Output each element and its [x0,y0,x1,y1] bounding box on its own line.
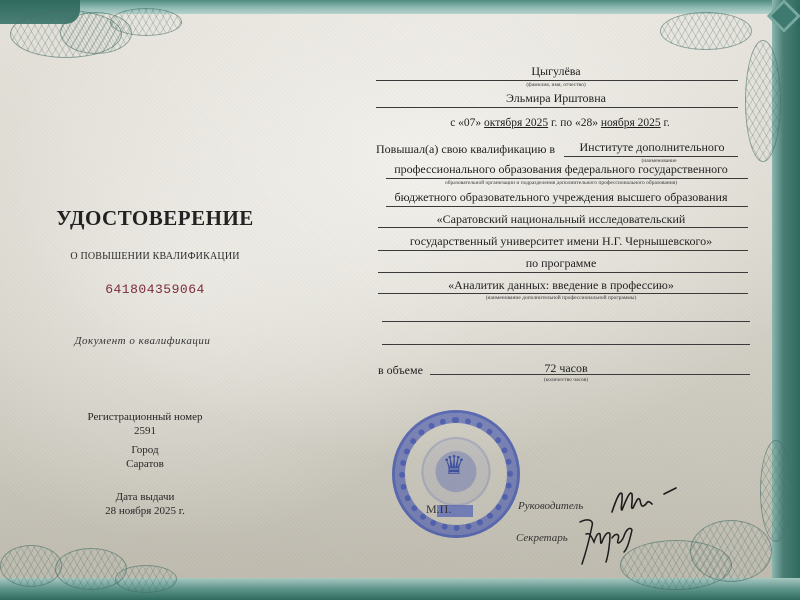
guilloche-ornament [760,440,792,542]
given-names-underline [376,107,738,108]
issue-date-value: 28 ноября 2025 г. [20,504,270,518]
blank-line-2 [382,344,750,345]
org-line-4-underline [378,227,748,228]
qualification-label: Повышал(а) свою квалификацию в [376,142,555,157]
volume-caption: (количество часов) [506,377,626,383]
certificate-subtitle: О ПОВЫШЕНИИ КВАЛИФИКАЦИИ [20,251,290,262]
city-block: Город Саратов [20,443,270,471]
document-type: Документ о квалификации [20,335,265,347]
registration-number: 2591 [20,424,270,438]
certificate-paper: УДОСТОВЕРЕНИЕ О ПОВЫШЕНИИ КВАЛИФИКАЦИИ 6… [0,0,800,600]
name-caption: (фамилия, имя, отчество) [376,82,736,88]
double-headed-eagle-icon: ♛ [439,449,469,483]
org-line-5: государственный университет имени Н.Г. Ч… [376,234,746,249]
period-start: октября 2025 [484,117,548,129]
volume-label: в объеме [378,363,423,378]
program-name-underline [378,293,748,294]
head-label: Руководитель [518,500,583,512]
city-value: Саратов [20,457,270,471]
blank-line-1 [382,321,750,322]
org-caption-2: образовательной организации и подразделе… [376,180,746,186]
city-label: Город [20,443,270,457]
stamp-place-label: М.П. [426,502,451,517]
period-end: ноября 2025 [601,117,661,129]
program-label: по программе [376,256,746,271]
secretary-label: Секретарь [516,532,568,544]
certificate-left-panel: УДОСТОВЕРЕНИЕ О ПОВЫШЕНИИ КВАЛИФИКАЦИИ 6… [20,0,290,600]
program-caption: (наименование дополнительной профессиона… [376,295,746,301]
issue-date-block: Дата выдачи 28 ноября 2025 г. [20,490,270,518]
volume-underline [430,374,750,375]
org-line-3: бюджетного образовательного учреждения в… [376,190,746,205]
org-line-2: профессионального образования федерально… [376,162,746,177]
given-names: Эльмира Ирштовна [376,91,736,106]
org-line-4: «Саратовский национальный исследовательс… [376,212,746,227]
program-label-underline [378,272,748,273]
issue-date-label: Дата выдачи [20,490,270,504]
org-line-1-underline [564,156,738,157]
org-line-5-underline [378,250,748,251]
org-line-2-underline [386,178,748,179]
surname: Цыгулёва [376,64,736,79]
registration-block: Регистрационный номер 2591 [20,410,270,438]
surname-underline [376,80,738,81]
org-line-3-underline [386,206,748,207]
program-name: «Аналитик данных: введение в профессию» [376,278,746,293]
secretary-signature-icon [572,512,642,572]
serial-number: 641804359064 [20,282,290,297]
registration-label: Регистрационный номер [20,410,270,424]
certificate-title: УДОСТОВЕРЕНИЕ [20,206,290,231]
official-stamp: ♛ [392,410,520,538]
study-period: с «07» октября 2025 г. по «28» ноября 20… [376,117,744,129]
org-line-1: Институте дополнительного [566,140,738,155]
